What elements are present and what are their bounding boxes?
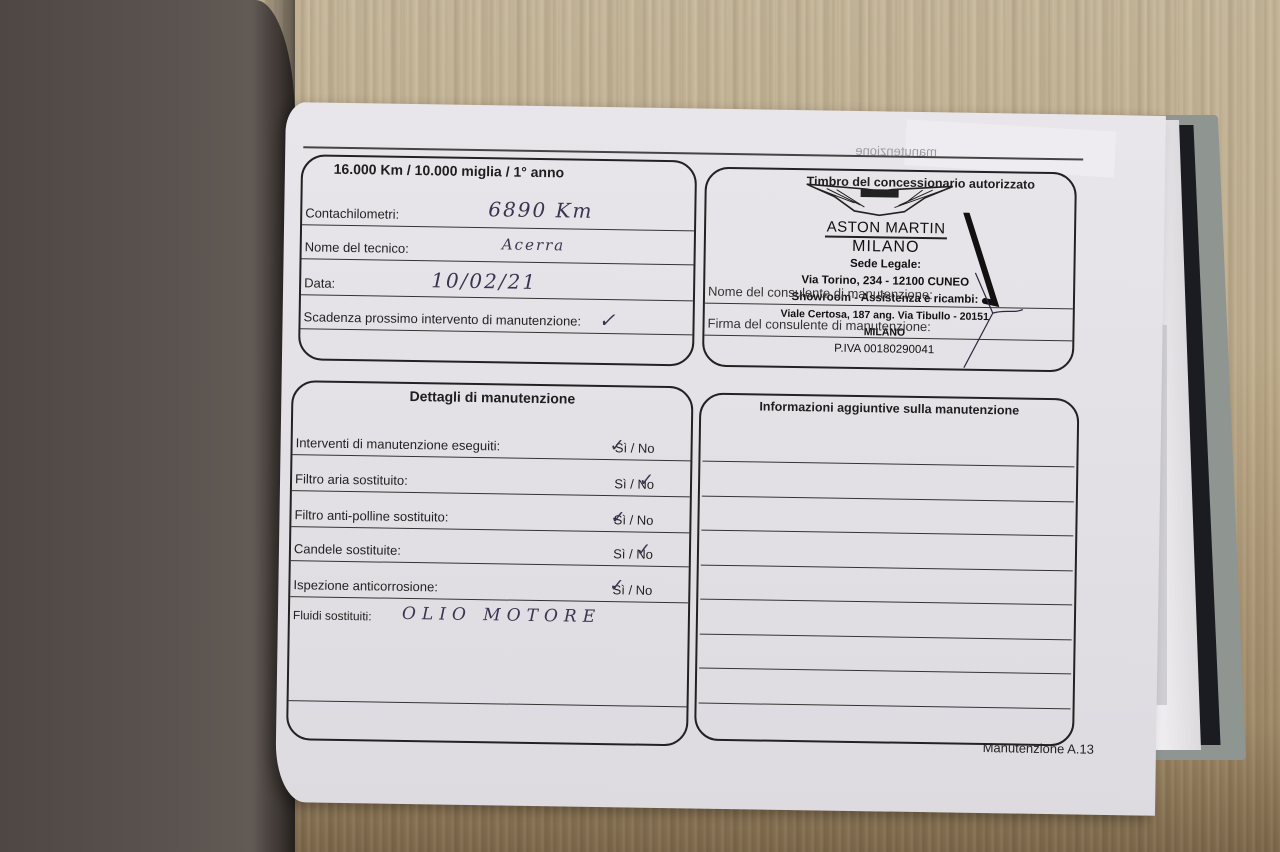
additional-info-box: Informazioni aggiuntive sulla manutenzio… — [694, 393, 1079, 747]
technician-row: Nome del tecnico: Acerra — [302, 258, 694, 265]
aston-martin-wings-logo — [804, 180, 955, 218]
consultant-signature-label: Firma del consulente di manutenzione: — [707, 316, 931, 335]
technician-label: Nome del tecnico: — [305, 239, 409, 256]
notes-line[interactable] — [702, 495, 1074, 502]
dealer-stamp-box: Timbro del concessionario autorizzato AS… — [702, 167, 1077, 373]
odometer-label: Contachilometri: — [305, 205, 399, 221]
detail-label: Ispezione anticorrosione: — [293, 577, 438, 594]
maintenance-details-box: Dettagli di manutenzione Interventi di m… — [286, 380, 694, 746]
checkmark-icon: ✓ — [609, 575, 624, 596]
checkmark-icon: ✓ — [639, 470, 654, 491]
detail-label: Interventi di manutenzione eseguiti: — [296, 435, 501, 453]
date-label: Data: — [304, 275, 335, 290]
detail-row: Candele sostituite: Sì / No ✓ — [291, 560, 689, 567]
notes-line[interactable] — [702, 461, 1074, 468]
detail-label: Filtro anti-polline sostituito: — [294, 507, 448, 524]
fluids-line — [289, 700, 687, 707]
notes-line[interactable] — [701, 564, 1073, 571]
left-page — [0, 0, 295, 852]
date-row: Data: 10/02/21 — [301, 294, 693, 301]
next-service-label: Scadenza prossimo intervento di manutenz… — [304, 309, 582, 328]
detail-row: Filtro aria sostituito: Sì / No ✓ — [292, 490, 690, 497]
detail-label: Filtro aria sostituito: — [295, 471, 408, 488]
detail-row: Filtro anti-polline sostituito: Sì / No … — [291, 526, 689, 533]
signature-scribble — [934, 212, 1027, 373]
checkmark-icon: ✓ — [636, 540, 651, 561]
consultant-name-label: Nome del consulente di manutenzione: — [708, 284, 933, 303]
next-service-check[interactable]: ✓ — [598, 308, 617, 332]
service-interval-title: 16.000 Km / 10.000 miglia / 1° anno — [303, 160, 695, 182]
odometer-row: Contachilometri: 6890 Km — [302, 224, 694, 231]
checkmark-icon: ✓ — [609, 435, 624, 456]
maintenance-page: manutenzione 16.000 Km / 10.000 miglia /… — [275, 102, 1166, 816]
additional-info-title: Informazioni aggiuntive sulla manutenzio… — [701, 399, 1077, 419]
notes-line[interactable] — [699, 668, 1071, 675]
notes-line[interactable] — [700, 633, 1072, 640]
maintenance-details-title: Dettagli di manutenzione — [293, 386, 691, 408]
page-number: Manutenzione A.13 — [983, 740, 1095, 757]
technician-value[interactable]: Acerra — [502, 235, 566, 254]
fluids-label: Fluidi sostituiti: — [293, 608, 372, 623]
detail-label: Candele sostituite: — [294, 541, 401, 558]
next-service-row: Scadenza prossimo intervento di manutenz… — [300, 328, 692, 335]
fluids-value[interactable]: OLIO MOTORE — [402, 604, 601, 627]
detail-row: Ispezione anticorrosione: Sì / No ✓ — [290, 596, 688, 603]
checkmark-icon: ✓ — [610, 507, 625, 528]
date-value[interactable]: 10/02/21 — [431, 268, 537, 294]
notes-line[interactable] — [699, 702, 1071, 709]
notes-line[interactable] — [700, 599, 1072, 606]
stamp-brand: ASTON MARTIN — [825, 218, 948, 239]
service-interval-box: 16.000 Km / 10.000 miglia / 1° anno Cont… — [298, 154, 697, 366]
odometer-value[interactable]: 6890 Km — [488, 197, 594, 223]
detail-row: Interventi di manutenzione eseguiti: Sì … — [292, 454, 690, 461]
notes-line[interactable] — [701, 530, 1073, 537]
